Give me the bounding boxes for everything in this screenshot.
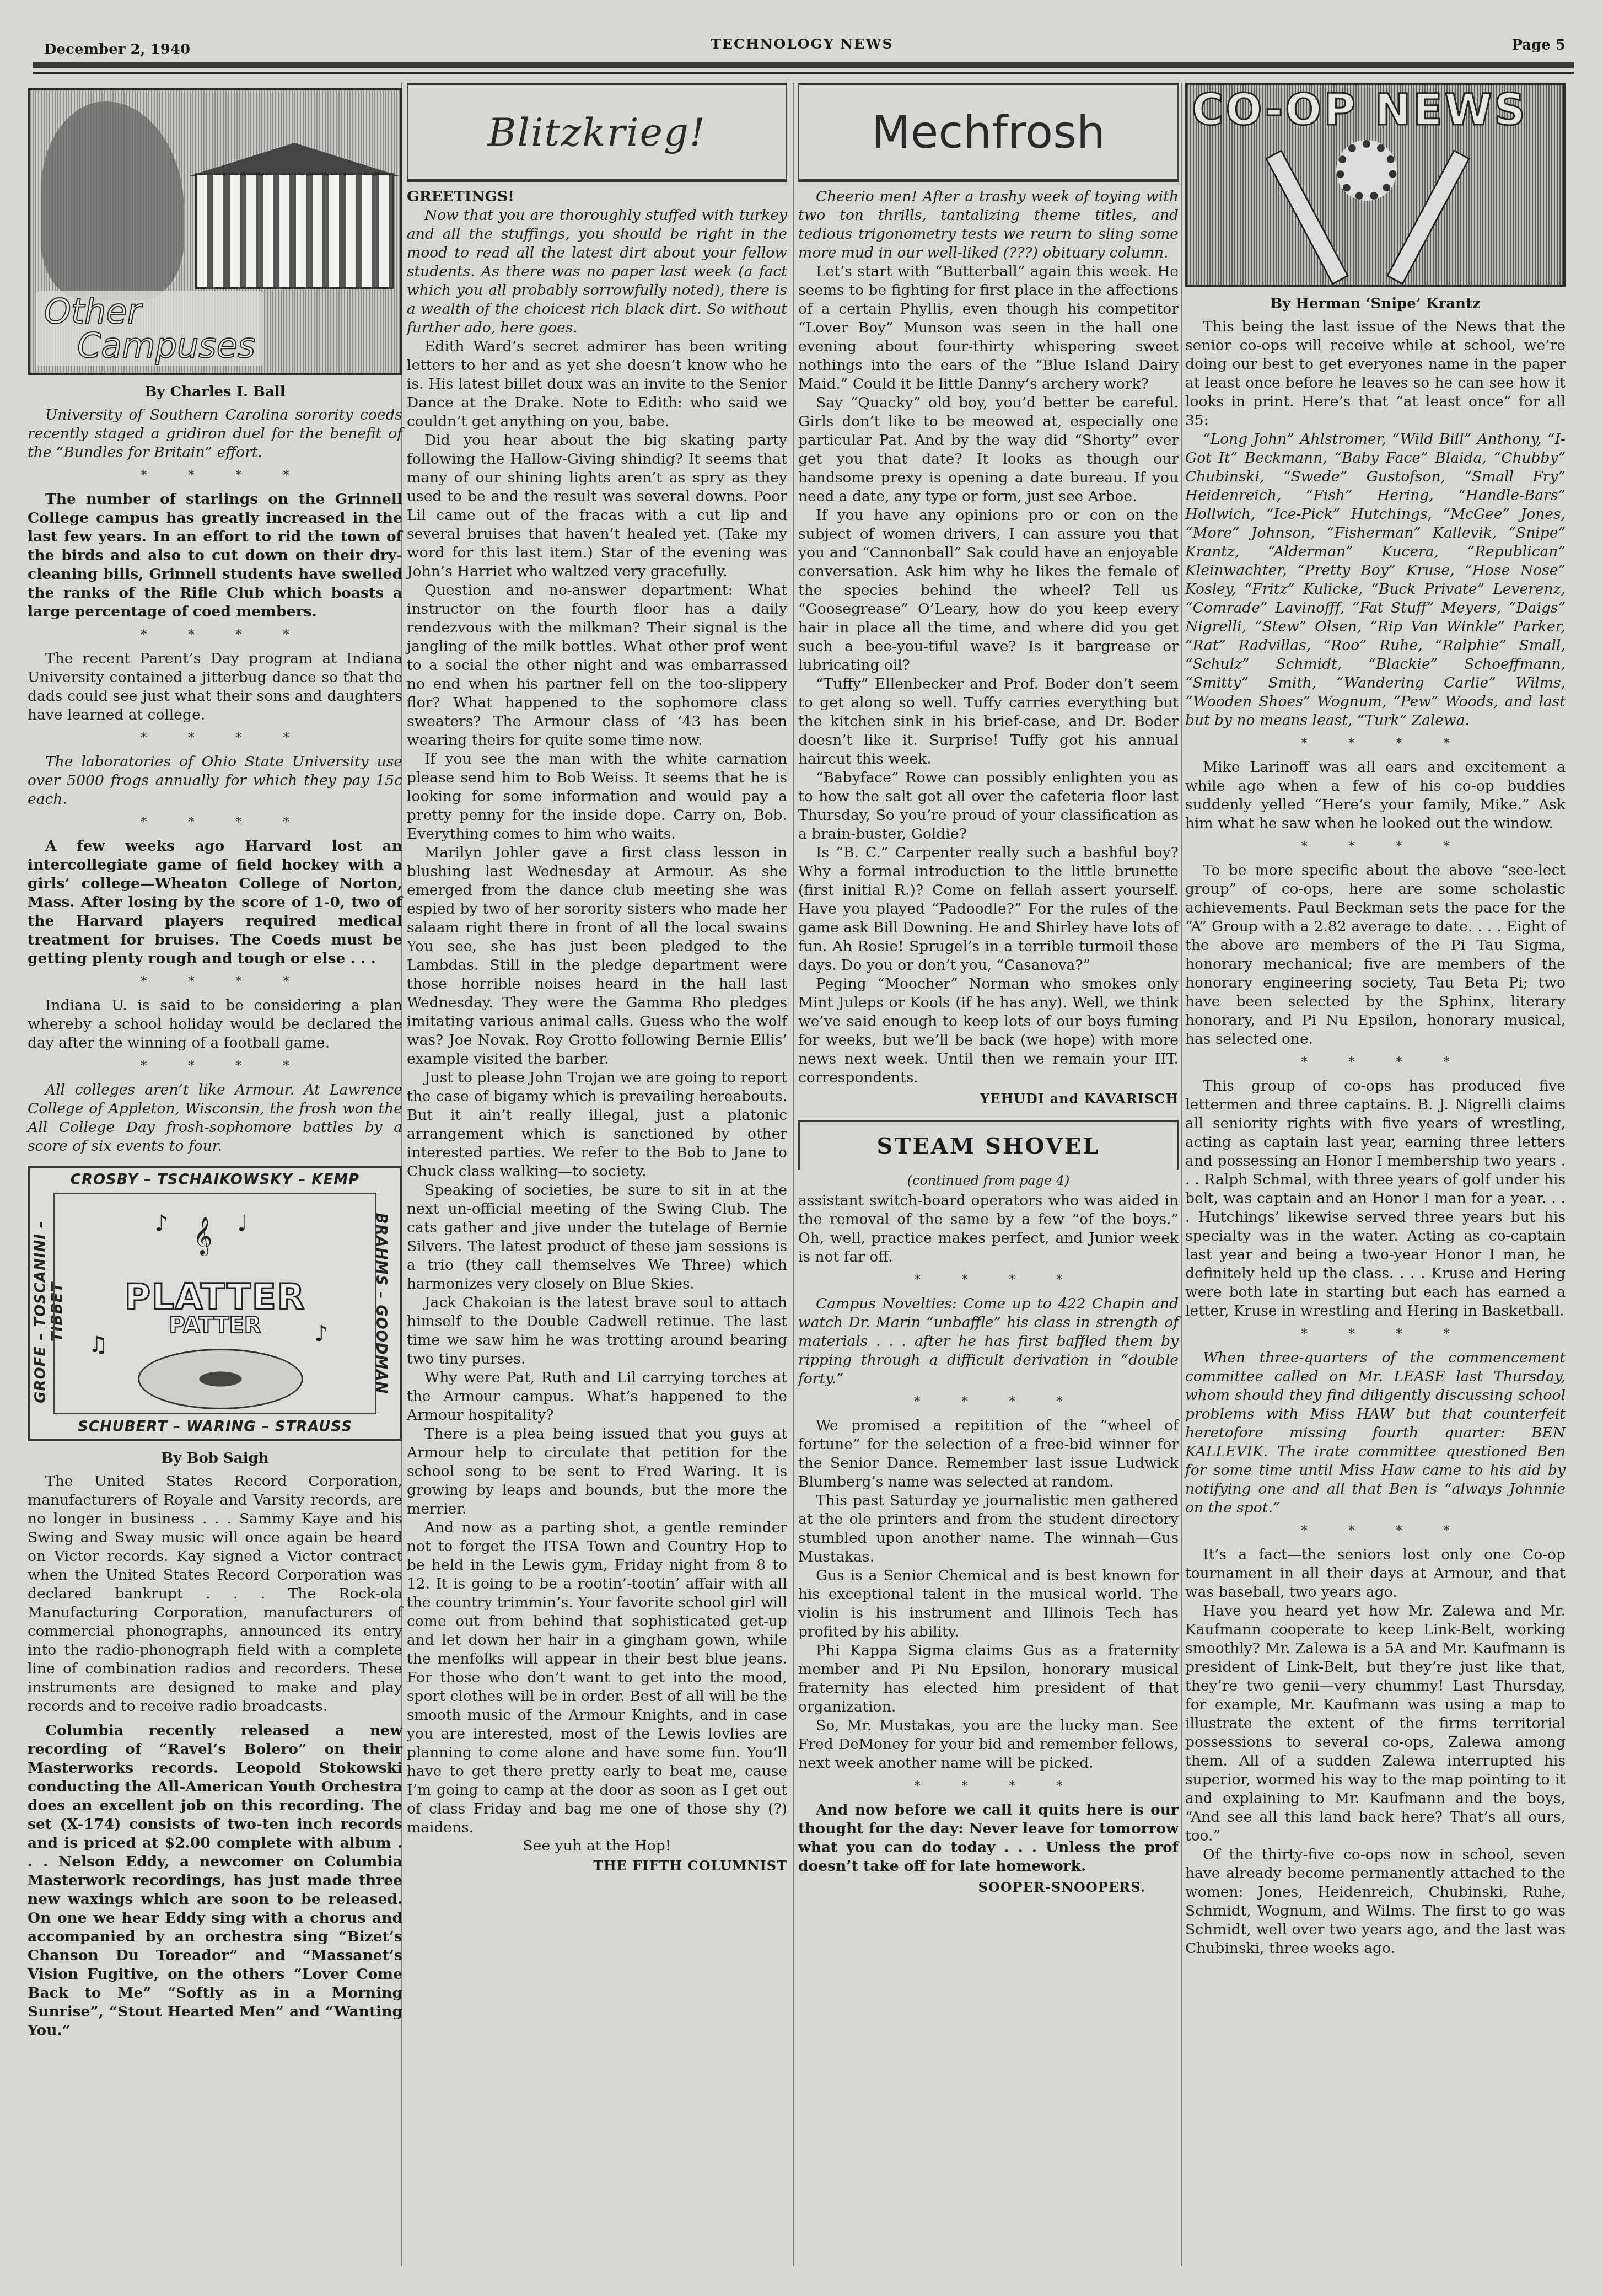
article-paragraph: Campus Novelties: Come up to 422 Chapin … xyxy=(798,1295,1179,1388)
article-paragraph: This group of co-ops has produced five l… xyxy=(1185,1077,1566,1321)
separator-stars: * * * * xyxy=(28,975,402,989)
logo-line-2: Campuses xyxy=(44,329,255,363)
other-campuses-illustration: Other Campuses xyxy=(28,88,402,375)
separator-stars: * * * * xyxy=(1185,1327,1566,1341)
article-paragraph: It’s a fact—the seniors lost only one Co… xyxy=(1185,1546,1566,1602)
article-paragraph: Say “Quacky” old boy, you’d better be ca… xyxy=(798,394,1179,506)
column-coop-news: CO-OP NEWS By Herman ‘Snipe’ Krantz This… xyxy=(1185,83,1566,1958)
article-paragraph: When three-quarters of the commencement … xyxy=(1185,1349,1566,1517)
column-mechfrosh: Mechfrosh Cheerio men! After a trashy we… xyxy=(798,83,1179,1895)
article-paragraph: Speaking of societies, be sure to sit in… xyxy=(407,1181,787,1294)
article-paragraph: Marilyn Johler gave a first class lesson… xyxy=(407,844,787,1069)
article-paragraph: We promised a repitition of the “wheel o… xyxy=(798,1417,1179,1492)
separator-stars: * * * * xyxy=(1185,1055,1566,1069)
article-paragraph: So, Mr. Mustakas, you are the lucky man.… xyxy=(798,1716,1179,1773)
article-paragraph: “Tuffy” Ellenbecker and Prof. Boder don’… xyxy=(798,675,1179,769)
illustration-inner-frame: ♪ 𝄞 ♩ ♫ ♪ PLATTER PATTER xyxy=(53,1193,376,1414)
news-item: All colleges aren’t like Armour. At Lawr… xyxy=(28,1081,402,1156)
author-signature: YEHUDI and KAVARISCH xyxy=(798,1091,1179,1107)
article-paragraph: Question and no-answer department: What … xyxy=(407,581,787,750)
music-note-icon: ♪ xyxy=(154,1211,169,1236)
other-campuses-logo: Other Campuses xyxy=(36,291,263,366)
article-paragraph: There is a plea being issued that you gu… xyxy=(407,1425,787,1519)
article-paragraph: Gus is a Senior Chemical and is best kno… xyxy=(798,1567,1179,1641)
building-columns-drawing xyxy=(195,173,394,289)
article-paragraph: If you have any opinions pro or con on t… xyxy=(798,506,1179,675)
news-item: The laboratories of Ohio State Universit… xyxy=(28,753,402,809)
separator-stars: * * * * xyxy=(1185,840,1566,854)
separator-stars: * * * * xyxy=(28,731,402,745)
article-paragraph: Phi Kappa Sigma claims Gus as a fraterni… xyxy=(798,1641,1179,1716)
separator-stars: * * * * xyxy=(28,1059,402,1073)
border-names-top: CROSBY – TSCHAIKOWSKY – KEMP xyxy=(52,1172,378,1188)
article-paragraph: The United States Record Corporation, ma… xyxy=(28,1472,402,1716)
news-item: The recent Parent’s Day program at India… xyxy=(28,650,402,725)
music-note-icon: ♩ xyxy=(237,1211,248,1236)
article-paragraph: Why were Pat, Ruth and Lil carrying torc… xyxy=(407,1369,787,1425)
intro-paragraph: Cheerio men! After a trashy week of toyi… xyxy=(798,187,1179,262)
article-paragraph: And now as a parting shot, a gentle remi… xyxy=(407,1519,787,1837)
separator-stars: * * * * xyxy=(1185,1524,1566,1538)
masthead-rule-thick xyxy=(33,62,1574,68)
closing-line: See yuh at the Hop! xyxy=(407,1837,787,1854)
article-paragraph: Have you heard yet how Mr. Zalewa and Mr… xyxy=(1185,1602,1566,1846)
article-paragraph: Mike Larinoff was all ears and excitemen… xyxy=(1185,758,1566,833)
column-title: Blitzkrieg! xyxy=(488,110,706,155)
article-paragraph: assistant switch-board operators who was… xyxy=(798,1192,1179,1267)
article-paragraph: Jack Chakoian is the latest brave soul t… xyxy=(407,1294,787,1369)
y-arm-drawing xyxy=(1386,149,1470,285)
byline: By Charles I. Ball xyxy=(28,384,402,400)
article-paragraph: Did you hear about the big skating party… xyxy=(407,431,787,581)
news-item: Indiana U. is said to be considering a p… xyxy=(28,996,402,1053)
platter-patter-illustration: CROSBY – TSCHAIKOWSKY – KEMP SCHUBERT – … xyxy=(28,1166,402,1441)
greeting: GREETINGS! xyxy=(407,187,787,206)
platter-logo: PLATTER xyxy=(55,1277,375,1318)
article-paragraph: And now before we call it quits here is … xyxy=(798,1801,1179,1876)
masthead: December 2, 1940 TECHNOLOGY NEWS Page 5 xyxy=(33,30,1571,63)
article-paragraph: Peging “Moocher” Norman who smokes only … xyxy=(798,975,1179,1087)
blitzkrieg-header: Blitzkrieg! xyxy=(407,83,787,182)
tree-drawing xyxy=(41,101,184,300)
author-signature: SOOPER-SNOOPERS. xyxy=(798,1879,1179,1895)
article-paragraph: Just to please John Trojan we are going … xyxy=(407,1069,787,1181)
separator-stars: * * * * xyxy=(28,469,402,482)
column-divider xyxy=(1181,83,1182,2266)
news-item: A few weeks ago Harvard lost an intercol… xyxy=(28,837,402,968)
phonograph-record-drawing xyxy=(138,1349,303,1409)
article-paragraph: “Babyface” Rowe can possibly enlighten y… xyxy=(798,769,1179,844)
separator-stars: * * * * xyxy=(798,1273,1179,1287)
newspaper-page: December 2, 1940 TECHNOLOGY NEWS Page 5 … xyxy=(0,0,1603,2296)
paper-name: TECHNOLOGY NEWS xyxy=(33,36,1571,52)
news-item: The number of starlings on the Grinnell … xyxy=(28,490,402,621)
column-other-campuses: Other Campuses By Charles I. Ball Univer… xyxy=(28,83,402,2040)
article-paragraph: To be more specific about the above “see… xyxy=(1185,861,1566,1049)
continued-note: (continued from page 4) xyxy=(798,1173,1179,1188)
article-paragraph: Is “B. C.” Carpenter really such a bashf… xyxy=(798,844,1179,975)
author-signature: THE FIFTH COLUMNIST xyxy=(407,1858,787,1874)
gear-icon xyxy=(1336,140,1397,201)
article-paragraph: This past Saturday ye journalistic men g… xyxy=(798,1492,1179,1567)
column-title: STEAM SHOVEL xyxy=(877,1133,1100,1159)
logo-line-1: Other xyxy=(44,294,255,329)
separator-stars: * * * * xyxy=(798,1395,1179,1409)
coop-news-logo: CO-OP NEWS xyxy=(1192,88,1559,132)
steam-shovel-header: STEAM SHOVEL xyxy=(798,1120,1179,1170)
separator-stars: * * * * xyxy=(1185,737,1566,750)
intro-paragraph: Now that you are thoroughly stuffed with… xyxy=(407,206,787,337)
patter-logo: PATTER xyxy=(55,1313,375,1338)
article-paragraph: Let’s start with “Butterball” again this… xyxy=(798,262,1179,394)
separator-stars: * * * * xyxy=(798,1779,1179,1793)
border-names-bottom: SCHUBERT – WARING – STRAUSS xyxy=(52,1419,378,1435)
article-paragraph: This being the last issue of the News th… xyxy=(1185,318,1566,430)
separator-stars: * * * * xyxy=(28,628,402,642)
article-paragraph: Edith Ward’s secret admirer has been wri… xyxy=(407,337,787,431)
separator-stars: * * * * xyxy=(28,816,402,829)
byline: By Bob Saigh xyxy=(28,1450,402,1467)
masthead-rule-thin xyxy=(33,72,1574,74)
column-blitzkrieg: Blitzkrieg! GREETINGS! Now that you are … xyxy=(407,83,787,1874)
building-roof-drawing xyxy=(190,143,399,176)
article-paragraph: Of the thirty-five co-ops now in school,… xyxy=(1185,1846,1566,1958)
column-title: Mechfrosh xyxy=(872,106,1105,159)
news-item: University of Southern Carolina sorority… xyxy=(28,406,402,462)
byline: By Herman ‘Snipe’ Krantz xyxy=(1185,296,1566,312)
column-divider xyxy=(793,83,794,2266)
treble-clef-icon: 𝄞 xyxy=(193,1216,212,1255)
coop-news-illustration: CO-OP NEWS xyxy=(1185,83,1566,287)
coop-name-list: “Long John” Ahlstromer, “Wild Bill” Anth… xyxy=(1185,430,1566,730)
mechfrosh-header: Mechfrosh xyxy=(798,83,1179,182)
article-paragraph: Columbia recently released a new recordi… xyxy=(28,1721,402,2040)
page-number: Page 5 xyxy=(1511,37,1566,53)
article-paragraph: If you see the man with the white carnat… xyxy=(407,750,787,844)
